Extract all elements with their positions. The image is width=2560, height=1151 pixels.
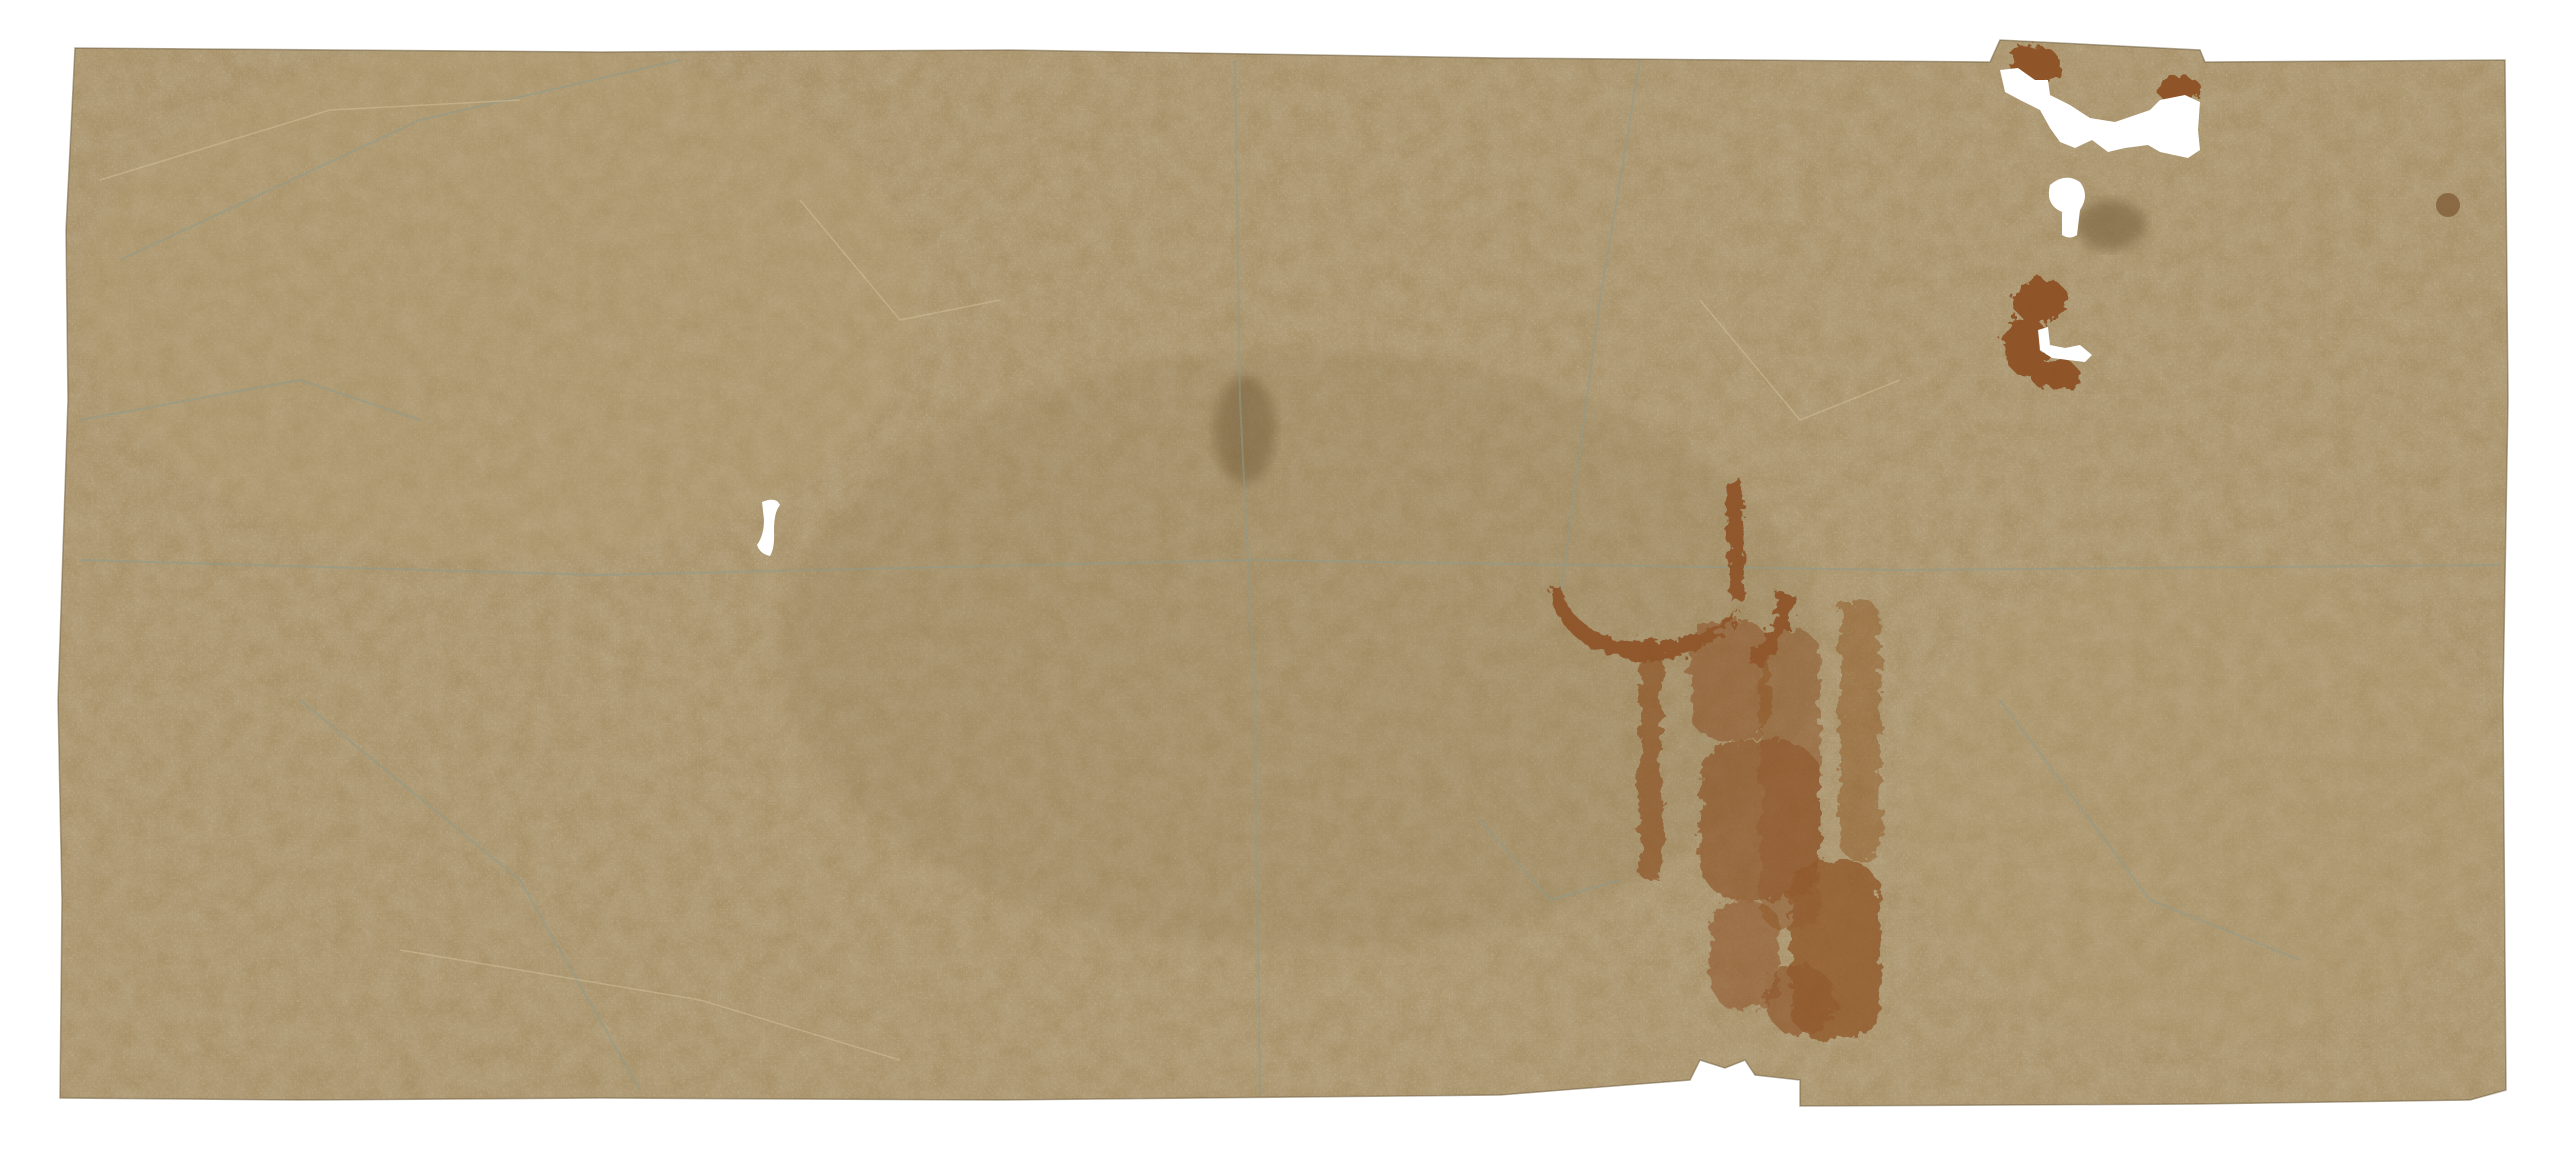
scanned-paper-artifact [0,0,2560,1151]
paper-illustration [0,0,2560,1151]
paper-sheet [0,0,2560,1151]
